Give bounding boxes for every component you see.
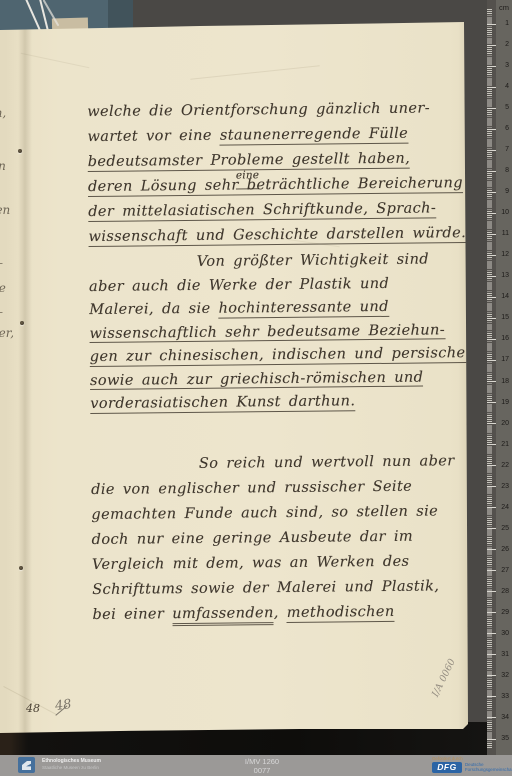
ruler-cm-number: 34 [501,714,509,722]
ruler-cm-tick [487,297,496,298]
verso-text-fragment: il [0,427,13,441]
ruler-cm-number: 1 [505,20,509,28]
ruler-cm-tick [487,633,496,634]
ruler-cm-tick [487,318,496,319]
page-number-pencil: 48 [54,697,72,714]
ruler-cm-tick [487,87,496,88]
ruler-cm-number: 3 [505,62,509,70]
ruler-cm-number: 16 [501,335,509,343]
ruler-cm-tick [487,591,496,592]
ruler-cm-number: 6 [505,125,509,133]
scanned-manuscript-viewer: m,t.anfeng—ne—der,il welche die Orientfo… [0,0,512,776]
ruler-cm-tick [487,528,496,529]
ruler-cm-number: 29 [501,609,509,617]
ruler-cm-tick [487,402,496,403]
verso-text-fragment: an [0,159,13,173]
handwritten-text: wissenschaft und Geschichte darstellen w… [88,225,466,246]
ruler-cm-number: 19 [501,399,509,407]
handwritten-text: der mittelasiatischen Schriftkunde, Spra… [88,200,436,221]
page-number-ink: 48 [26,702,40,715]
ruler-cm-number: 2 [505,41,509,49]
scan-counter: 0077 [156,766,368,775]
handwritten-text: die von englischer und russischer Seite [91,479,412,498]
ruler-cm-tick [487,423,496,424]
museum-label: Ethnologisches Museum Staatliche Museen … [42,759,101,770]
dfg-logo: DFG [432,762,462,773]
verso-text-fragment: — [0,305,13,319]
handwritten-line: vorderasiatischen Kunst darthun. [90,389,474,417]
ruler-cm-number: 10 [501,209,509,217]
handwritten-text: gemachten Funde auch sind, so stellen si… [91,503,438,523]
manuscript-text: welche die Orientforschung gänzlich uner… [86,0,470,2]
ruler-cm-tick [487,444,496,445]
ruler-unit-label: cm [499,3,509,12]
verso-text-fragment: m, [0,106,13,120]
ruler-cm-number: 9 [505,188,509,196]
ruler-cm-tick [487,381,496,382]
handwritten-text: deren Lösung sehr beträchtliche Bereiche… [88,175,463,196]
ruler-cm-number: 35 [501,735,509,743]
shelfmark: I/MV 1260 [156,757,368,766]
ruler-cm-number: 25 [501,525,509,533]
ruler-cm-tick [487,360,496,361]
handwritten-line: wissenschaft und Geschichte darstellen w… [88,221,472,250]
ruler-cm-tick [487,108,496,109]
ruler-cm-tick [487,24,496,25]
manuscript-paragraph: So reich und wertvoll nun aberdie von en… [91,449,477,628]
ruler-cm-tick [487,66,496,67]
ruler-cm-number: 17 [501,356,509,364]
footer-bar: Ethnologisches Museum Staatliche Museen … [0,755,512,776]
inserted-word: eine [236,163,260,189]
museum-logo-mark [22,761,31,770]
handwritten-text: welche die Orientforschung gänzlich uner… [87,100,430,120]
dfg-block: Gefördert durch DFG Deutsche Forschungsg… [432,756,512,773]
ruler-cm-tick [487,654,496,655]
ruler-cm-tick [487,486,496,487]
museum-parent-name: Staatliche Museen zu Berlin [42,765,101,771]
handwritten-text: gen zur chinesischen, indischen und pers… [90,345,481,367]
verso-text-fragment: fen [0,203,13,217]
ruler-cm-number: 21 [501,441,509,449]
museum-logo [18,757,35,773]
handwritten-text: doch nur eine geringe Ausbeute dar im [92,529,414,548]
ruler-cm-tick [487,612,496,613]
ruler-cm-tick [487,570,496,571]
ruler-cm-number: 33 [501,693,509,701]
handwritten-text: staunenerregende Fülle [220,126,408,145]
handwritten-text: wissenschaftlich sehr bedeutsame Beziehu… [89,322,445,343]
ruler-cm-tick [487,213,496,214]
ruler-cm-number: 13 [501,272,509,280]
manuscript-paragraph: welche die Orientforschung gänzlich uner… [87,96,473,250]
dfg-name-line2: Forschungsgemeinschaft [465,768,512,773]
verso-text-fragment: der, [0,326,13,340]
handwritten-line: bei einer umfassenden, methodischen [92,599,476,628]
verso-text-fragment: t. [0,133,13,147]
ruler-cm-number: 18 [501,378,509,386]
ruler-cm-tick [487,276,496,277]
ruler-cm-number: 7 [505,146,509,154]
handwritten-text: bei einer [92,606,172,623]
ruler-cm-tick [487,465,496,466]
ruler-cm-tick [487,549,496,550]
ruler-cm-tick [487,717,496,718]
ruler-cm-number: 14 [501,293,509,301]
ruler-cm-number: 24 [501,504,509,512]
verso-text-fragment: — [0,256,13,270]
manuscript-page: m,t.anfeng—ne—der,il welche die Orientfo… [0,0,486,740]
ruler-cm-number: 5 [505,104,509,112]
handwritten-text: sowie auch zur griechisch-römischen und [90,369,424,390]
gutter-shadow [18,0,32,740]
ruler-cm-tick [487,507,496,508]
ruler-cm-tick [487,129,496,130]
handwritten-text: hochinteressante und [218,299,388,318]
ruler-cm-number: 26 [501,546,509,554]
ruler-cm-number: 8 [505,167,509,175]
ruler-mm-ticks [487,9,492,749]
handwritten-text: , [274,605,287,621]
handwritten-text: Schrifttums sowie der Malerei und Plasti… [92,578,439,598]
handwritten-text: vorderasiatischen Kunst darthun. [90,393,355,413]
handwritten-text: Malerei, da sie [89,301,218,318]
ruler-cm-number: 27 [501,567,509,575]
archive-corner-note: I/A 0060 [430,657,458,699]
ruler-cm-number: 23 [501,483,509,491]
ruler-cm-tick [487,192,496,193]
ruler-cm-number: 28 [501,588,509,596]
stitch-hole [18,149,22,153]
manuscript-paragraph: Von größter Wichtigkeit sindaber auch di… [89,248,475,417]
ruler-cm-tick [487,696,496,697]
verso-text-fragment: g [0,229,13,243]
handwritten-text: methodischen [287,604,395,623]
book-cover-shadow [108,0,133,30]
ruler-cm-tick [487,339,496,340]
ruler-cm-tick [487,739,496,740]
ruler-cm-tick [487,150,496,151]
dfg-name: Deutsche Forschungsgemeinschaft [465,763,512,773]
handwritten-text: Vergleich mit dem, was an Werken des [92,554,410,573]
handwritten-text: So reich und wertvoll nun aber [199,453,455,472]
ruler-cm-number: 32 [501,672,509,680]
handwritten-text: wartet vor eine [87,128,220,145]
measure-ruler: cm 1234567891011121314151617181920212223… [487,0,512,755]
ruler-cm-number: 11 [502,230,509,238]
ruler-cm-tick [487,45,496,46]
paper-crease [190,65,319,80]
ruler-cm-number: 4 [505,83,509,91]
handwritten-text: aber auch die Werke der Plastik und [89,275,389,294]
handwritten-text: Von größter Wichtigkeit sind [197,251,429,269]
ruler-cm-number: 12 [501,251,509,259]
ruler-cm-tick [487,255,496,256]
ruler-cm-number: 30 [501,630,509,638]
ruler-cm-number: 22 [501,462,509,470]
funded-by-label: Gefördert durch [432,756,512,761]
stitch-hole [20,321,24,325]
ruler-cm-tick [487,675,496,676]
museum-name: Ethnologisches Museum [42,759,101,765]
handwritten-text: umfassenden [172,605,274,626]
stitch-hole [19,566,23,570]
ruler-cm-number: 20 [501,420,509,428]
ruler-cm-number: 31 [501,651,509,659]
ruler-cm-tick [487,171,496,172]
verso-text-fragment: ne [0,281,13,295]
ruler-cm-number: 15 [501,314,509,322]
reference-block: I/MV 1260 0077 [156,757,368,775]
ruler-cm-tick [487,234,496,235]
